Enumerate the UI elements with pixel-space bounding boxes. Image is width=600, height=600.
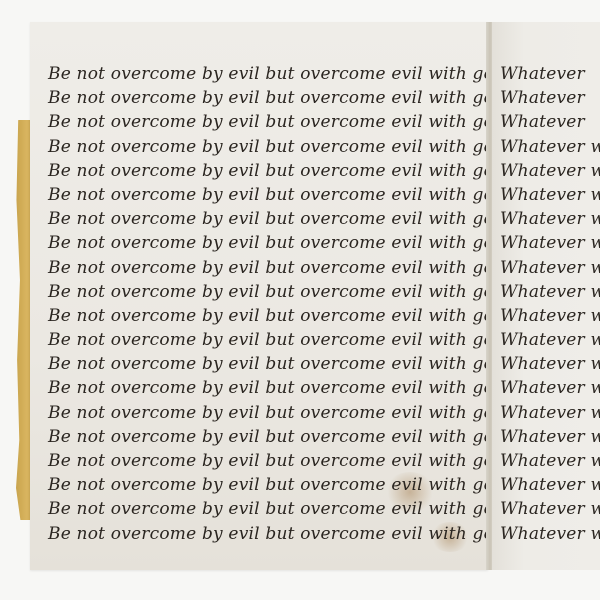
handwritten-line: Be not overcome by evil but overcome evi… [30,401,488,425]
handwritten-line: Whatever we [492,522,600,546]
handwritten-line: Whatever we [492,473,600,497]
handwritten-line: Be not overcome by evil but overcome evi… [30,159,488,183]
handwritten-line: Whatever we [492,159,600,183]
handwritten-line: Be not overcome by evil but overcome evi… [30,473,488,497]
handwritten-line: Whatever we [492,207,600,231]
handwritten-line: Be not overcome by evil but overcome evi… [30,497,488,521]
handwritten-line: Be not overcome by evil but overcome evi… [30,183,488,207]
handwritten-line: Be not overcome by evil but overcome evi… [30,328,488,352]
handwritten-line: Be not overcome by evil but overcome evi… [30,352,488,376]
handwritten-line: Whatever we [492,449,600,473]
handwritten-line: Whatever [492,62,600,86]
left-page: Be not overcome by evil but overcome evi… [30,22,488,570]
handwritten-line: Be not overcome by evil but overcome evi… [30,207,488,231]
handwritten-line: Whatever we [492,401,600,425]
handwritten-line: Whatever we [492,304,600,328]
handwritten-line: Be not overcome by evil but overcome evi… [30,135,488,159]
handwritten-line: Be not overcome by evil but overcome evi… [30,304,488,328]
handwritten-line: Be not overcome by evil but overcome evi… [30,449,488,473]
handwritten-line: Be not overcome by evil but overcome evi… [30,62,488,86]
handwritten-line: Whatever we [492,256,600,280]
copybook-photo: Be not overcome by evil but overcome evi… [0,0,600,600]
handwritten-line: Whatever we [492,135,600,159]
handwritten-line: Be not overcome by evil but overcome evi… [30,231,488,255]
handwritten-line: Be not overcome by evil but overcome evi… [30,280,488,304]
handwritten-line: Whatever we [492,328,600,352]
handwritten-line: Whatever we [492,352,600,376]
handwritten-line: Be not overcome by evil but overcome evi… [30,110,488,134]
handwritten-line: Be not overcome by evil but overcome evi… [30,86,488,110]
handwritten-line: Be not overcome by evil but overcome evi… [30,425,488,449]
handwritten-line: Whatever we [492,497,600,521]
handwritten-line: Whatever we [492,280,600,304]
handwritten-line: Whatever we [492,376,600,400]
handwritten-line: Be not overcome by evil but overcome evi… [30,522,488,546]
handwritten-line: Whatever we [492,231,600,255]
handwritten-line: Be not overcome by evil but overcome evi… [30,376,488,400]
handwritten-line: Whatever we [492,183,600,207]
handwritten-line: Be not overcome by evil but overcome evi… [30,256,488,280]
right-page: Whatever Whatever Whatever Whatever we W… [492,22,600,570]
handwritten-line: Whatever we [492,425,600,449]
handwritten-line: Whatever [492,110,600,134]
right-page-lines: Whatever Whatever Whatever Whatever we W… [492,62,600,546]
left-page-lines: Be not overcome by evil but overcome evi… [30,62,488,546]
handwritten-line: Whatever [492,86,600,110]
